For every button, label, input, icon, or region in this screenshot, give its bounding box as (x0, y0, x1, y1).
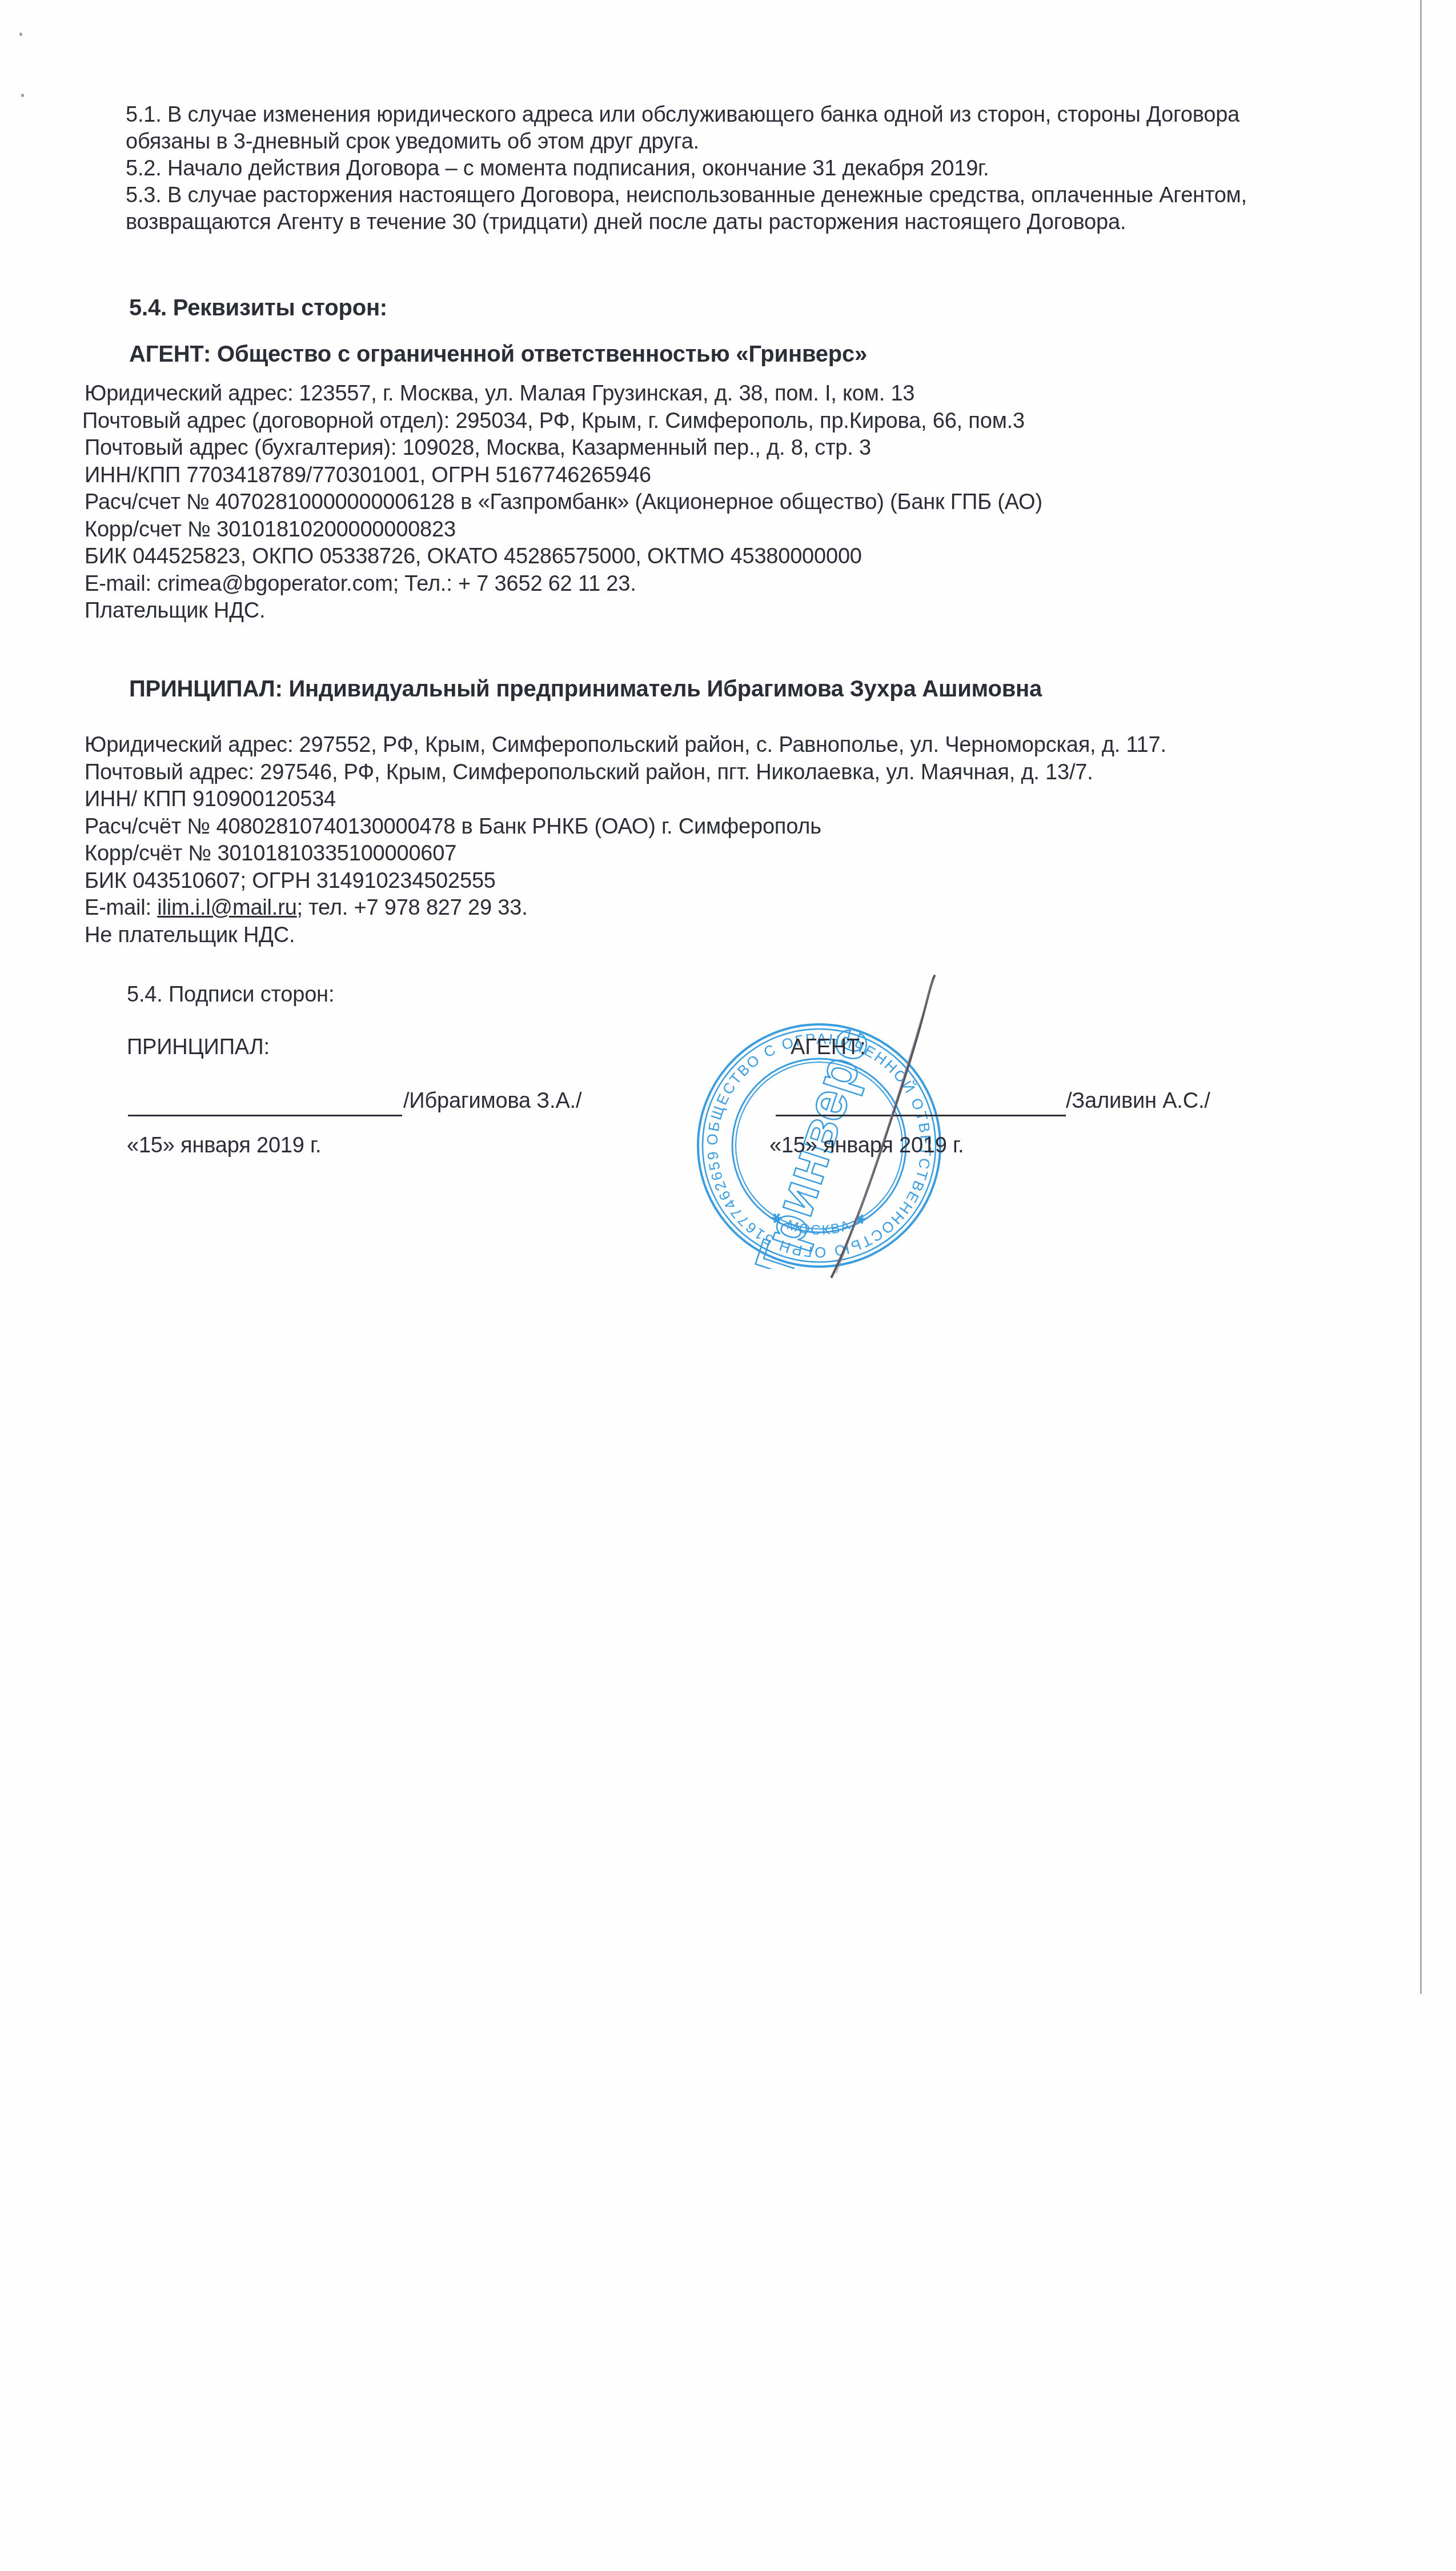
principal-settlement-account: Расч/счёт № 40802810740130000478 в Банк … (85, 814, 1166, 841)
agent-legal-address: Юридический адрес: 123557, г. Москва, ул… (85, 381, 1042, 408)
clause-line: 5.2. Начало действия Договора – с момент… (126, 155, 1399, 182)
principal-corr-account: Корр/счёт № 30101810335100000607 (85, 840, 1166, 868)
contract-clauses: 5.1. В случае изменения юридического адр… (126, 102, 1399, 236)
margin-rule (1420, 0, 1422, 1994)
clause-line: обязаны в 3-дневный срок уведомить об эт… (126, 129, 1399, 155)
principal-signature-line (128, 1115, 402, 1116)
agent-signature-label: АГЕНТ: (791, 1034, 865, 1061)
agent-signature-line (776, 1115, 1066, 1116)
agent-details: Юридический адрес: 123557, г. Москва, ул… (85, 381, 1042, 625)
agent-corr-account: Корр/счет № 30101810200000000823 (85, 516, 1042, 544)
clause-line: 5.1. В случае изменения юридического адр… (126, 102, 1399, 129)
agent-settlement-account: Расч/счет № 40702810000000006128 в «Газп… (85, 489, 1042, 516)
handwritten-signature-icon (817, 971, 942, 1285)
agent-postal-address-contracts: Почтовый адрес (договорной отдел): 29503… (82, 408, 1042, 435)
scan-speck (21, 94, 24, 97)
clause-line: возвращаются Агенту в течение 30 (тридца… (126, 209, 1399, 236)
principal-signature-date: «15» января 2019 г. (127, 1132, 321, 1159)
principal-signatory-name: /Ибрагимова З.А./ (403, 1088, 581, 1115)
agent-bank-codes: БИК 044525823, ОКПО 05338726, ОКАТО 4528… (85, 543, 1042, 571)
agent-vat-status: Плательщик НДС. (85, 598, 1042, 625)
principal-contacts: E-mail: ilim.i.l@mail.ru; тел. +7 978 82… (85, 895, 1166, 922)
document-page: 5.1. В случае изменения юридического адр… (0, 0, 1456, 2571)
agent-postal-address-accounting: Почтовый адрес (бухгалтерия): 109028, Мо… (85, 435, 1042, 462)
principal-inn: ИНН/ КПП 910900120534 (85, 786, 1166, 814)
signatures-heading: 5.4. Подписи сторон: (127, 982, 334, 1008)
principal-heading: ПРИНЦИПАЛ: Индивидуальный предпринимател… (129, 676, 1042, 703)
requisites-heading: 5.4. Реквизиты сторон: (129, 295, 387, 322)
email-label: E-mail: (85, 896, 157, 920)
principal-vat-status: Не плательщик НДС. (85, 922, 1166, 950)
agent-inn-kpp: ИНН/КПП 7703418789/770301001, ОГРН 51677… (85, 462, 1042, 490)
agent-signature-date: «15» января 2019 г. (769, 1132, 964, 1159)
agent-contacts: E-mail: crimea@bgoperator.com; Тел.: + 7… (85, 571, 1042, 598)
principal-signature-label: ПРИНЦИПАЛ: (127, 1034, 270, 1061)
principal-email-link[interactable]: ilim.i.l@mail.ru (157, 896, 296, 920)
principal-details: Юридический адрес: 297552, РФ, Крым, Сим… (85, 732, 1166, 949)
scan-speck (19, 33, 22, 36)
agent-signatory-name: /Заливин А.С./ (1066, 1088, 1210, 1115)
clause-line: 5.3. В случае расторжения настоящего Дог… (126, 182, 1399, 209)
principal-bank-codes: БИК 043510607; ОГРН 314910234502555 (85, 868, 1166, 895)
svg-text:✱ МОСКВА ✱: ✱ МОСКВА ✱ (768, 1210, 871, 1239)
principal-postal-address: Почтовый адрес: 297546, РФ, Крым, Симфер… (85, 759, 1166, 787)
phone-text: ; тел. +7 978 827 29 33. (297, 896, 528, 920)
agent-heading: АГЕНТ: Общество с ограниченной ответстве… (129, 341, 867, 368)
principal-legal-address: Юридический адрес: 297552, РФ, Крым, Сим… (85, 732, 1166, 759)
